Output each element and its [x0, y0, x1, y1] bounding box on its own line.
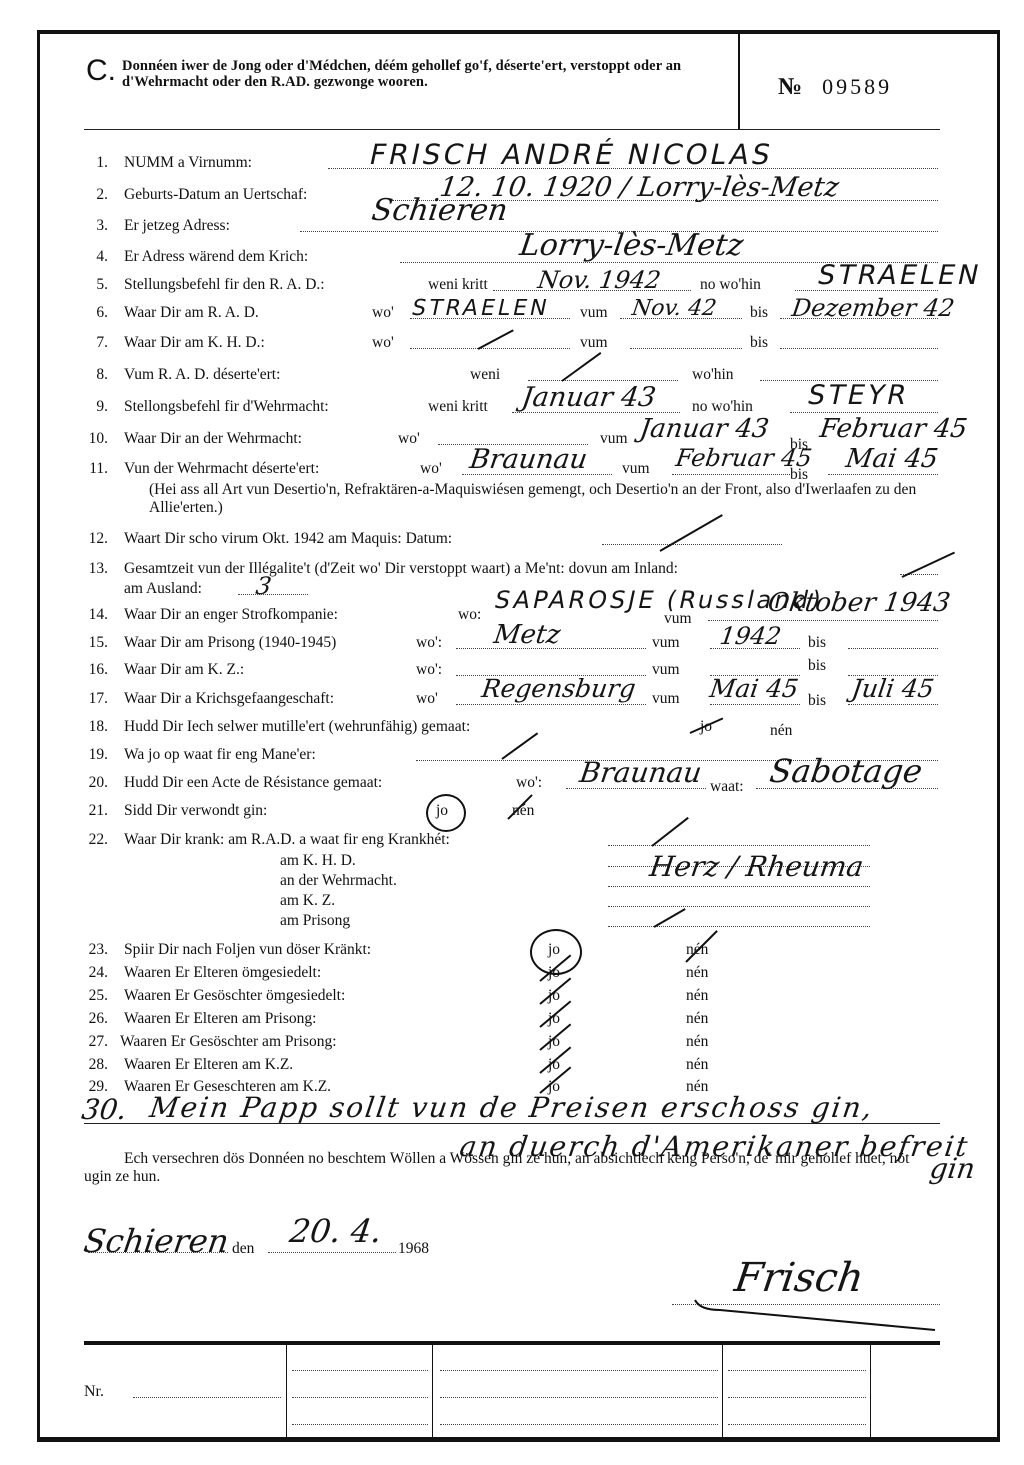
- footer-field[interactable]: [440, 1356, 718, 1371]
- field-line: [608, 892, 870, 907]
- nr-label: Nr.: [84, 1383, 104, 1401]
- field-number: 3.: [78, 217, 108, 235]
- field-sublabel: vum: [652, 634, 680, 652]
- field-sublabel: waat:: [710, 778, 744, 796]
- handwritten-30-line3: gin: [928, 1152, 978, 1185]
- field-sublabel: vum: [580, 334, 608, 352]
- field-sublabel: wo':: [416, 634, 442, 652]
- field-number: 16.: [78, 661, 108, 679]
- option-nen[interactable]: nén: [770, 722, 792, 740]
- field-number: 4.: [78, 248, 108, 266]
- field-number: 26.: [78, 1010, 108, 1028]
- footer-field[interactable]: [292, 1383, 428, 1398]
- footer-field[interactable]: [728, 1410, 866, 1425]
- field-11-note: (Hei ass all Art vun Desertio'n, Refrakt…: [149, 481, 949, 517]
- field-number: 21.: [78, 802, 108, 820]
- footer-col-divider: [722, 1345, 723, 1437]
- field-number: 20.: [78, 774, 108, 792]
- header-divider: [738, 34, 740, 129]
- signature-year: 1968: [398, 1240, 429, 1258]
- field-label: Waar Dir a Krichsgefaangeschaft:: [124, 690, 334, 708]
- declaration-text: Ech versechren dös Donnéen no beschtem W…: [84, 1150, 914, 1186]
- option-nen[interactable]: nén: [686, 987, 708, 1005]
- field-number: 18.: [78, 718, 108, 736]
- field-line: [760, 366, 938, 381]
- field-sublabel: wo': [372, 304, 394, 322]
- field-sublabel: wo'hin: [692, 366, 734, 384]
- field-value[interactable]: STRAELEN: [409, 296, 552, 321]
- field-number: 17.: [78, 690, 108, 708]
- field-number: 19.: [78, 746, 108, 764]
- field-sublabel: vum: [580, 304, 608, 322]
- field-label: Stellungsbefehl fir den R. A. D.:: [124, 276, 325, 294]
- field-number: 15.: [78, 634, 108, 652]
- field-number: 2.: [78, 186, 108, 204]
- footer-field[interactable]: [440, 1383, 718, 1398]
- form-number: №09589: [778, 74, 892, 101]
- field-label: Hudd Dir Iech selwer mutille'ert (wehrun…: [124, 718, 470, 736]
- section-letter: C.: [86, 54, 116, 88]
- field-label: Waar Dir am K. H. D.:: [124, 334, 265, 352]
- field-value[interactable]: Metz: [492, 620, 562, 650]
- field-sublabel: bis: [808, 692, 826, 710]
- field-sublabel: vum: [600, 430, 628, 448]
- field-sublabel: bis: [750, 334, 768, 352]
- field-value[interactable]: Mai 45: [708, 674, 800, 703]
- field-label: Waaren Er Elteren ömgesiedelt:: [124, 964, 321, 982]
- field-value[interactable]: Braunau: [578, 756, 704, 789]
- field-sublabel: bis: [808, 657, 826, 675]
- field-label: Waaren Er Elteren am Prisong:: [124, 1010, 316, 1028]
- field-label: Waaren Er Gesöschter am Prisong:: [120, 1033, 337, 1051]
- field-line: [848, 634, 938, 649]
- field-value[interactable]: Herz / Rheuma: [648, 850, 866, 883]
- field-sublabel: am K. H. D.: [280, 852, 356, 870]
- field-sublabel: no wo'hin: [700, 276, 761, 294]
- field-number: 11.: [78, 460, 108, 478]
- signature-date[interactable]: 20. 4.: [287, 1212, 384, 1250]
- field-label: Sidd Dir verwondt gin:: [124, 802, 267, 820]
- field-number: 8.: [78, 366, 108, 384]
- footer-field[interactable]: [440, 1410, 718, 1425]
- field-line: [608, 912, 870, 927]
- field-value-address[interactable]: Schieren: [370, 193, 510, 228]
- field-value[interactable]: Oktober 1943: [766, 588, 952, 618]
- field-number: 13.: [78, 560, 108, 578]
- option-nen[interactable]: nén: [686, 964, 708, 982]
- field-sublabel: weni kritt: [428, 398, 488, 416]
- field-label: Vun der Wehrmacht déserte'ert:: [124, 460, 319, 478]
- footer-field[interactable]: [728, 1383, 866, 1398]
- field-label: Er jetzeg Adress:: [124, 217, 230, 235]
- handwritten-30-line1: Mein Papp sollt vun de Preisen erschoss …: [148, 1091, 876, 1124]
- field-value-war-address[interactable]: Lorry-lès-Metz: [518, 228, 746, 263]
- field-sublabel: an der Wehrmacht.: [280, 872, 397, 890]
- field-line: [630, 334, 742, 349]
- field-number: 23.: [78, 941, 108, 959]
- field-sublabel: wo:: [458, 606, 481, 624]
- field-number: 28.: [78, 1056, 108, 1074]
- field-number: 14.: [78, 606, 108, 624]
- field-label: Waar Dir an enger Strofkompanie:: [124, 606, 338, 624]
- field-label: NUMM a Virnumm:: [124, 154, 252, 172]
- option-nen[interactable]: nén: [686, 1033, 708, 1051]
- field-value[interactable]: Februar 45: [818, 414, 969, 444]
- field-value[interactable]: STEYR: [805, 380, 913, 411]
- field-sublabel: vum: [652, 690, 680, 708]
- option-nen[interactable]: nén: [686, 1056, 708, 1074]
- field-sublabel: bis: [808, 634, 826, 652]
- field-sublabel: wo':: [516, 774, 542, 792]
- field-label: Stellongsbefehl fir d'Wehrmacht:: [124, 398, 329, 416]
- footer-field[interactable]: [292, 1410, 428, 1425]
- field-sublabel: wo': [420, 460, 442, 478]
- field-sublabel: vum: [664, 610, 692, 628]
- field-label: Spiir Dir nach Foljen vun döser Kränkt:: [124, 941, 371, 959]
- field-sublabel: am Prisong: [280, 912, 350, 930]
- field-sublabel: wo':: [416, 661, 442, 679]
- field-label: Vum R. A. D. déserte'ert:: [124, 366, 280, 384]
- field-label: Wa jo op waat fir eng Mane'er:: [124, 746, 316, 764]
- form-title: Donnéen iwer de Jong oder d'Médchen, déé…: [122, 58, 712, 90]
- number-symbol: №: [778, 74, 802, 100]
- footer-field[interactable]: [728, 1356, 866, 1371]
- footer-col-divider: [286, 1345, 287, 1437]
- field-value[interactable]: Regensburg: [480, 674, 637, 703]
- field-value[interactable]: Mai 45: [844, 444, 940, 474]
- option-nen[interactable]: nén: [686, 1010, 708, 1028]
- field-label: Waar Dir an der Wehrmacht:: [124, 430, 302, 448]
- field-sublabel: am Ausland:: [124, 580, 202, 598]
- handwritten-30-number: 30.: [80, 1093, 129, 1126]
- option-jo[interactable]: jo: [436, 802, 448, 820]
- field-line: [238, 580, 308, 595]
- field-label: Gesamtzeit vun der Illégalite't (d'Zeit …: [124, 560, 678, 578]
- field-sublabel: vum: [652, 661, 680, 679]
- field-number: 1.: [78, 154, 108, 172]
- field-value[interactable]: Juli 45: [850, 674, 936, 703]
- signature-flourish: [690, 1295, 940, 1335]
- field-number: 7.: [78, 334, 108, 352]
- field-sublabel: wo': [416, 690, 438, 708]
- footer-rule: [84, 1341, 940, 1345]
- field-label: Waaren Er Elteren am K.Z.: [124, 1056, 293, 1074]
- field-value-rad-date[interactable]: Nov. 1942: [536, 266, 662, 294]
- form-number-value: 09589: [822, 74, 892, 99]
- field-number: 25.: [78, 987, 108, 1005]
- field-label: Waar Dir krank: am R.A.D. a waat fir eng…: [124, 831, 450, 849]
- option-jo[interactable]: jo: [548, 941, 560, 959]
- nr-field[interactable]: [133, 1383, 281, 1398]
- field-label: Waar Dir am R. A. D.: [124, 304, 259, 322]
- footer-col-divider: [432, 1345, 433, 1437]
- field-value[interactable]: Sabotage: [767, 752, 924, 790]
- field-number: 5.: [78, 276, 108, 294]
- field-value[interactable]: Dezember 42: [790, 294, 956, 322]
- field-label: Waaren Er Gesöschter ömgesiedelt:: [124, 987, 345, 1005]
- field-line: [608, 831, 870, 846]
- field-sublabel: bis: [750, 304, 768, 322]
- field-label: Waart Dir scho virum Okt. 1942 am Maquis…: [124, 530, 452, 548]
- field-sublabel: weni: [470, 366, 500, 384]
- field-label: Geburts-Datum an Uertschaf:: [124, 186, 307, 204]
- field-number: 9.: [78, 398, 108, 416]
- field-sublabel: am K. Z.: [280, 892, 335, 910]
- den-label: den: [232, 1240, 254, 1258]
- field-label: Er Adress wärend dem Krich:: [124, 248, 308, 266]
- footer-col-divider: [870, 1345, 871, 1437]
- field-label: Hudd Dir een Acte de Résistance gemaat:: [124, 774, 382, 792]
- field-sublabel: wo': [398, 430, 420, 448]
- field-sublabel: wo': [372, 334, 394, 352]
- field-number: 22.: [78, 831, 108, 849]
- header-rule: [84, 129, 940, 130]
- field-value[interactable]: Nov. 42: [630, 296, 718, 321]
- field-number: 12.: [78, 530, 108, 548]
- field-number: 6.: [78, 304, 108, 322]
- field-value-name[interactable]: FRISCH ANDRÉ NICOLAS: [366, 138, 776, 171]
- field-label: Waar Dir am K. Z.:: [124, 661, 244, 679]
- field-value-rad-destination[interactable]: STRAELEN: [815, 260, 985, 291]
- field-number: 27.: [78, 1033, 108, 1051]
- field-number: 10.: [78, 430, 108, 448]
- field-value[interactable]: Braunau: [468, 444, 589, 475]
- field-line: [438, 430, 588, 445]
- field-sublabel: weni kritt: [428, 276, 488, 294]
- field-label: Waar Dir am Prisong (1940-1945): [124, 634, 336, 652]
- field-number: 24.: [78, 964, 108, 982]
- field-value[interactable]: Januar 43: [638, 414, 771, 444]
- field-value[interactable]: Januar 43: [520, 382, 658, 413]
- field-value[interactable]: 1942: [718, 622, 783, 650]
- footer-field[interactable]: [292, 1356, 428, 1371]
- field-line: [780, 334, 938, 349]
- place-line: [88, 1238, 228, 1253]
- field-line: [528, 366, 678, 381]
- field-sublabel: vum: [622, 460, 650, 478]
